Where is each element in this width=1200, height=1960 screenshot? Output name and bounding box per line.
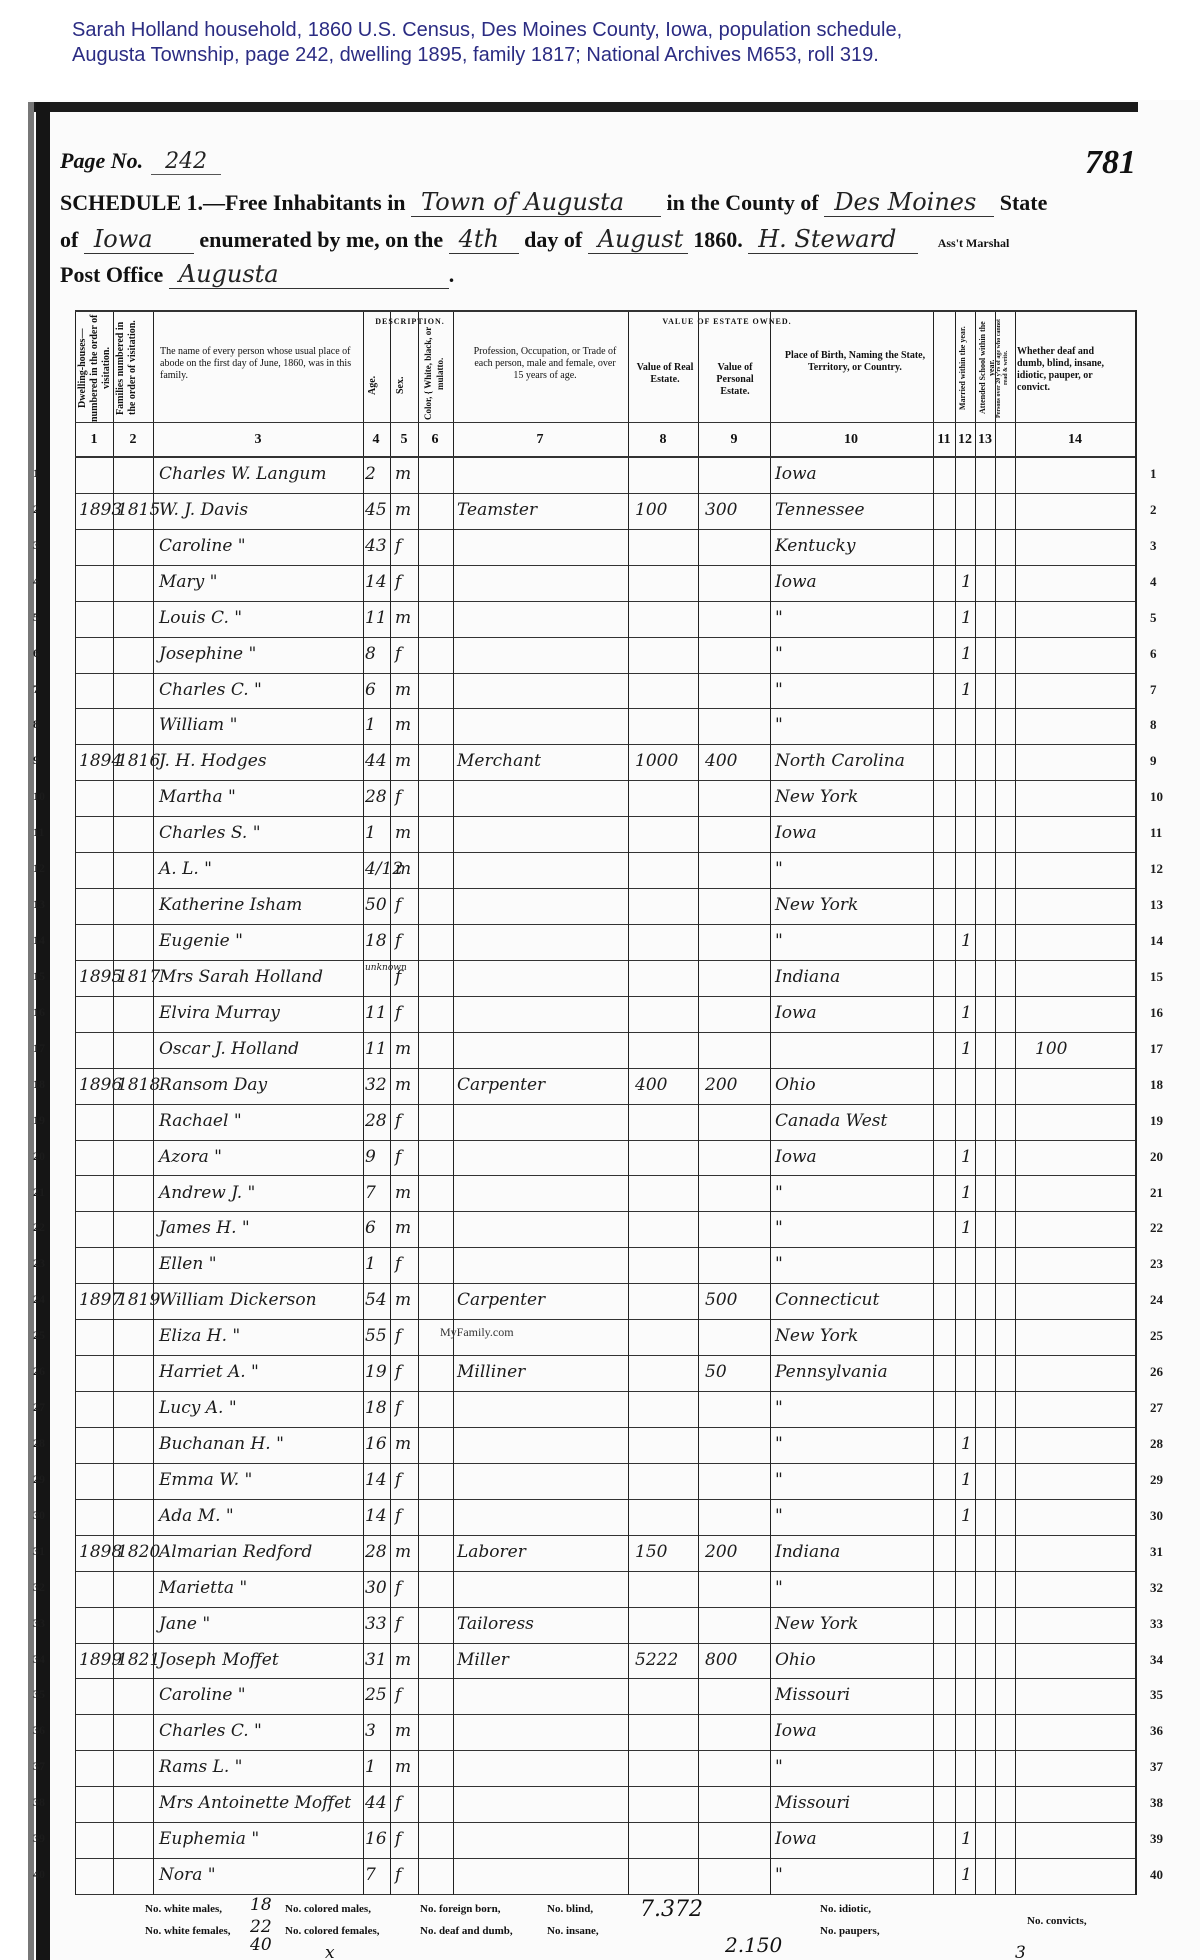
- line-number-right: 3: [1150, 538, 1157, 554]
- line-number-left: 11: [33, 825, 44, 840]
- line-number-left: 9: [33, 753, 39, 768]
- person-name: Caroline ": [159, 1685, 246, 1705]
- occupation: Laborer: [457, 1542, 526, 1562]
- birthplace: Iowa: [775, 1003, 817, 1023]
- line-number-left: 39: [33, 1831, 45, 1846]
- age: 7: [365, 1865, 376, 1885]
- line-number-left: 26: [33, 1364, 45, 1379]
- birthplace: ": [775, 859, 783, 879]
- dwelling-number: 1899: [79, 1650, 122, 1670]
- line-number-right: 22: [1150, 1220, 1163, 1236]
- post-office-line: Post Office Augusta.: [60, 260, 454, 289]
- person-name: Nora ": [159, 1865, 216, 1885]
- line-number-left: 20: [33, 1149, 45, 1164]
- line-number-left: 10: [33, 789, 45, 804]
- state-value: Iowa: [84, 225, 194, 254]
- line-number-right: 12: [1150, 861, 1163, 877]
- person-name: Josephine ": [159, 644, 256, 664]
- birthplace: ": [775, 1757, 783, 1777]
- scan-border-left-outer: [28, 102, 34, 1960]
- table-row: 18971819William Dickerson54mCarpenter500…: [75, 1284, 1135, 1320]
- line-number-left: 40: [33, 1867, 45, 1882]
- column-number: 8: [651, 432, 675, 448]
- column-rule: [418, 310, 419, 1895]
- age: 3: [365, 1721, 376, 1741]
- header-age: Age.: [367, 350, 387, 420]
- person-name: Mrs Sarah Holland: [159, 967, 323, 987]
- line-number-right: 31: [1150, 1544, 1163, 1560]
- sex: m: [395, 1434, 411, 1454]
- age: 6: [365, 680, 376, 700]
- sex: m: [395, 1721, 411, 1741]
- table-row: Harriet A. "19fMilliner50Pennsylvania262…: [75, 1356, 1135, 1392]
- table-row: Charles S. "1mIowa1111: [75, 817, 1135, 853]
- table-row: A. L. "4/12m"1212: [75, 853, 1135, 889]
- school-mark: 1: [961, 1865, 972, 1885]
- occupation: Tailoress: [457, 1614, 534, 1634]
- sex: m: [395, 1218, 411, 1238]
- column-number: 10: [839, 432, 863, 448]
- person-name: Charles C. ": [159, 1721, 262, 1741]
- age: 18: [365, 931, 387, 951]
- table-row: Euphemia "16fIowa13939: [75, 1823, 1135, 1859]
- birthplace: Iowa: [775, 823, 817, 843]
- birthplace: ": [775, 931, 783, 951]
- line-number-right: 17: [1150, 1041, 1163, 1057]
- line-number-left: 14: [33, 933, 45, 948]
- person-name: Emma W. ": [159, 1470, 252, 1490]
- personal-estate-value: 50: [705, 1362, 727, 1382]
- person-name: James H. ": [159, 1218, 250, 1238]
- table-row: Charles C. "3mIowa3636: [75, 1715, 1135, 1751]
- real-estate-value: 400: [635, 1075, 667, 1095]
- school-mark: 1: [961, 1147, 972, 1167]
- table-row: Lucy A. "18f"2727: [75, 1392, 1135, 1428]
- person-name: Buchanan H. ": [159, 1434, 284, 1454]
- birthplace: ": [775, 1398, 783, 1418]
- school-mark: 1: [961, 608, 972, 628]
- line-number-left: 27: [33, 1400, 45, 1415]
- person-name: Katherine Isham: [159, 895, 302, 915]
- sex: f: [395, 1578, 401, 1598]
- line-number-right: 16: [1150, 1005, 1163, 1021]
- line-number-left: 22: [33, 1220, 45, 1235]
- table-row: Martha "28fNew York1010: [75, 781, 1135, 817]
- line-number-left: 15: [33, 969, 45, 984]
- column-rule: [390, 310, 391, 1895]
- scan-border-left: [36, 102, 50, 1960]
- age: 19: [365, 1362, 387, 1382]
- dwelling-number: 1893: [79, 500, 122, 520]
- table-row: Ada M. "14f"13030: [75, 1500, 1135, 1536]
- age: 2: [365, 464, 376, 484]
- birthplace: New York: [775, 1326, 858, 1346]
- line-number-left: 23: [33, 1256, 45, 1271]
- header-rule: [75, 310, 1135, 312]
- school-mark: 1: [961, 572, 972, 592]
- line-number-left: 25: [33, 1328, 45, 1343]
- birthplace: ": [775, 644, 783, 664]
- occupation: Teamster: [457, 500, 537, 520]
- column-number: 4: [364, 432, 388, 448]
- age: 33: [365, 1614, 387, 1634]
- age: 32: [365, 1075, 387, 1095]
- line-number-right: 36: [1150, 1723, 1163, 1739]
- person-name: Mrs Antoinette Moffet: [159, 1793, 351, 1813]
- person-name: W. J. Davis: [159, 500, 248, 520]
- header-married: Married within the year.: [958, 314, 976, 422]
- table-row: Louis C. "11m"155: [75, 602, 1135, 638]
- line-number-right: 27: [1150, 1400, 1163, 1416]
- table-row: Nora "7f"14040: [75, 1859, 1135, 1895]
- birthplace: Kentucky: [775, 536, 855, 556]
- dwelling-number: 1898: [79, 1542, 122, 1562]
- line-number-right: 29: [1150, 1472, 1163, 1488]
- column-rule: [1015, 310, 1016, 1895]
- sex: f: [395, 1470, 401, 1490]
- table-row: Jane "33fTailoressNew York3333: [75, 1608, 1135, 1644]
- person-name: Oscar J. Holland: [159, 1039, 299, 1059]
- column-rule: [453, 310, 454, 1895]
- table-row: Eliza H. "55fNew York2525: [75, 1320, 1135, 1356]
- line-number-right: 18: [1150, 1077, 1163, 1093]
- real-estate-value: 1000: [635, 751, 678, 771]
- birthplace: Iowa: [775, 572, 817, 592]
- census-table: Dwelling-houses—numbered in the order of…: [75, 310, 1135, 1895]
- age: 30: [365, 1578, 387, 1598]
- table-row: Buchanan H. "16m"12828: [75, 1428, 1135, 1464]
- sex: m: [395, 715, 411, 735]
- line-number-right: 20: [1150, 1149, 1163, 1165]
- white-males-count: 18: [250, 1895, 272, 1915]
- age: 43: [365, 536, 387, 556]
- person-name: Martha ": [159, 787, 236, 807]
- birthplace: New York: [775, 787, 858, 807]
- sex: f: [395, 1685, 401, 1705]
- watermark: MyFamily.com: [440, 1325, 514, 1340]
- month-value: August: [588, 225, 688, 254]
- sex: f: [395, 1793, 401, 1813]
- sex: m: [395, 751, 411, 771]
- age: 44: [365, 1793, 387, 1813]
- age: 31: [365, 1650, 387, 1670]
- page-number: Page No.242: [60, 148, 221, 174]
- birthplace: Tennessee: [775, 500, 865, 520]
- person-name: A. L. ": [159, 859, 212, 879]
- birthplace: Connecticut: [775, 1290, 879, 1310]
- personal-estate-value: 200: [705, 1075, 737, 1095]
- table-row: Ellen "1f"2323: [75, 1248, 1135, 1284]
- table-row: Caroline "25fMissouri3535: [75, 1679, 1135, 1715]
- sex: m: [395, 464, 411, 484]
- person-name: Mary ": [159, 572, 218, 592]
- table-row: 18981820Almarian Redford28mLaborer150200…: [75, 1536, 1135, 1572]
- post-office-value: Augusta: [169, 260, 449, 289]
- table-row: Andrew J. "7m"12121: [75, 1177, 1135, 1213]
- table-row: 18931815W. J. Davis45mTeamster100300Tenn…: [75, 494, 1135, 530]
- school-mark: 1: [961, 680, 972, 700]
- line-number-left: 5: [33, 610, 39, 625]
- person-name: Almarian Redford: [159, 1542, 312, 1562]
- age: 1: [365, 715, 376, 735]
- birthplace: Iowa: [775, 464, 817, 484]
- citation-line-2: Augusta Township, page 242, dwelling 189…: [72, 43, 1172, 68]
- sex: m: [395, 1650, 411, 1670]
- line-number-right: 23: [1150, 1256, 1163, 1272]
- sex: f: [395, 1829, 401, 1849]
- sex: f: [395, 1254, 401, 1274]
- page-totals: No. white males, 18 No. white females, 2…: [75, 1895, 1135, 1950]
- birthplace: Iowa: [775, 1721, 817, 1741]
- column-rule: [363, 310, 364, 1895]
- sex: f: [395, 1506, 401, 1526]
- line-number-left: 19: [33, 1113, 45, 1128]
- birthplace: ": [775, 1865, 783, 1885]
- personal-estate-value: 400: [705, 751, 737, 771]
- header-color: Color, { White, black, or mulatto.: [422, 326, 452, 421]
- line-number-right: 7: [1150, 682, 1157, 698]
- white-females-count: 22: [250, 1917, 272, 1937]
- person-name: Rachael ": [159, 1111, 242, 1131]
- line-number-right: 34: [1150, 1652, 1163, 1668]
- school-mark: 1: [961, 1506, 972, 1526]
- header-illiterate: Persons over 20 y'rs of age who cannot r…: [996, 314, 1014, 422]
- occupation: Carpenter: [457, 1290, 545, 1310]
- real-estate-value: 150: [635, 1542, 667, 1562]
- age: 16: [365, 1829, 387, 1849]
- person-name: Caroline ": [159, 536, 246, 556]
- birthplace: Iowa: [775, 1147, 817, 1167]
- line-number-right: 5: [1150, 610, 1157, 626]
- occupation: Merchant: [457, 751, 541, 771]
- person-name: Harriet A. ": [159, 1362, 259, 1382]
- sex: f: [395, 1398, 401, 1418]
- dwelling-number: 1896: [79, 1075, 122, 1095]
- birthplace: Ohio: [775, 1075, 816, 1095]
- line-number-left: 6: [33, 646, 39, 661]
- personal-estate-value: 800: [705, 1650, 737, 1670]
- sex: m: [395, 680, 411, 700]
- person-name: Ransom Day: [159, 1075, 267, 1095]
- age: 44: [365, 751, 387, 771]
- school-mark: 1: [961, 931, 972, 951]
- line-number-right: 35: [1150, 1687, 1163, 1703]
- line-number-left: 28: [33, 1436, 45, 1451]
- sex: m: [395, 859, 411, 879]
- line-number-left: 37: [33, 1759, 45, 1774]
- sex: m: [395, 1290, 411, 1310]
- header-real-estate: Value of Real Estate.: [632, 362, 698, 386]
- person-name: Elvira Murray: [159, 1003, 280, 1023]
- person-name: Louis C. ": [159, 608, 242, 628]
- occupation: Carpenter: [457, 1075, 545, 1095]
- column-rule: [113, 310, 114, 1895]
- table-row: Marietta "30f"3232: [75, 1572, 1135, 1608]
- sex: f: [395, 1003, 401, 1023]
- dwelling-number: 1895: [79, 967, 122, 987]
- table-row: Mrs Antoinette Moffet44fMissouri3838: [75, 1787, 1135, 1823]
- page-number-value: 242: [151, 149, 221, 175]
- person-name: Charles C. ": [159, 680, 262, 700]
- table-row: Charles C. "6m"177: [75, 674, 1135, 710]
- school-mark: 1: [961, 1829, 972, 1849]
- personal-estate-total: 2.150: [725, 1933, 782, 1957]
- personal-estate-value: 200: [705, 1542, 737, 1562]
- table-row: Azora "9fIowa12020: [75, 1141, 1135, 1177]
- person-name: Euphemia ": [159, 1829, 259, 1849]
- sex: f: [395, 787, 401, 807]
- column-number: 6: [423, 432, 447, 448]
- sex: f: [395, 536, 401, 556]
- occupation: Milliner: [457, 1362, 525, 1382]
- line-number-left: 21: [33, 1185, 45, 1200]
- age: 1: [365, 1254, 376, 1274]
- person-name: William Dickerson: [159, 1290, 317, 1310]
- sex: f: [395, 1865, 401, 1885]
- birthplace: Canada West: [775, 1111, 887, 1131]
- birthplace: ": [775, 1470, 783, 1490]
- table-row: Katherine Isham50fNew York1313: [75, 889, 1135, 925]
- header-personal-estate: Value of Personal Estate.: [702, 362, 768, 398]
- age: 16: [365, 1434, 387, 1454]
- person-name: Jane ": [159, 1614, 210, 1634]
- stamped-page-number: 781: [1085, 144, 1136, 182]
- person-name: Eliza H. ": [159, 1326, 240, 1346]
- enumeration-line: of Iowa enumerated by me, on the 4th day…: [60, 225, 1009, 254]
- table-row: 18961818Ransom Day32mCarpenter400200Ohio…: [75, 1069, 1135, 1105]
- line-number-left: 34: [33, 1652, 45, 1667]
- header-school: Attended School within the year.: [978, 314, 996, 422]
- age: 11: [365, 1039, 387, 1059]
- age: 25: [365, 1685, 387, 1705]
- school-mark: 1: [961, 1434, 972, 1454]
- column-rule: [1135, 310, 1137, 1895]
- dwelling-number: 1894: [79, 751, 122, 771]
- age: 8: [365, 644, 376, 664]
- header-birthplace: Place of Birth, Naming the State, Territ…: [780, 350, 930, 374]
- line-number-right: 10: [1150, 789, 1163, 805]
- header-dwelling: Dwelling-houses—numbered in the order of…: [77, 314, 109, 422]
- sex: f: [395, 1362, 401, 1382]
- age: 14: [365, 572, 387, 592]
- header-sex: Sex.: [395, 350, 415, 420]
- line-number-left: 29: [33, 1472, 45, 1487]
- column-number: 1: [82, 432, 106, 448]
- birthplace: Missouri: [775, 1793, 850, 1813]
- sex: m: [395, 1039, 411, 1059]
- column-number: 14: [1063, 432, 1087, 448]
- column-rule: [975, 310, 976, 1895]
- birthplace: Missouri: [775, 1685, 850, 1705]
- header-family: Families numbered in the order of visita…: [115, 314, 147, 422]
- sex: f: [395, 967, 401, 987]
- line-number-right: 25: [1150, 1328, 1163, 1344]
- birthplace: ": [775, 1434, 783, 1454]
- sex: f: [395, 1326, 401, 1346]
- line-number-right: 39: [1150, 1831, 1163, 1847]
- line-number-left: 36: [33, 1723, 45, 1738]
- sex: m: [395, 500, 411, 520]
- place-value: Town of Augusta: [411, 188, 661, 217]
- birthplace: ": [775, 1578, 783, 1598]
- school-mark: 1: [961, 644, 972, 664]
- person-name: Joseph Moffet: [159, 1650, 279, 1670]
- table-row: Caroline "43fKentucky33: [75, 530, 1135, 566]
- birthplace: ": [775, 1506, 783, 1526]
- real-estate-total: 7.372: [640, 1897, 703, 1922]
- table-row: 18991821Joseph Moffet31mMiller5222800Ohi…: [75, 1644, 1135, 1680]
- citation-caption: Sarah Holland household, 1860 U.S. Censu…: [72, 18, 1172, 68]
- column-number: 3: [246, 432, 270, 448]
- personal-estate-value: 500: [705, 1290, 737, 1310]
- scan-border-top: [28, 102, 1138, 112]
- age: 54: [365, 1290, 387, 1310]
- sex: m: [395, 1183, 411, 1203]
- school-mark: 1: [961, 1003, 972, 1023]
- sex: f: [395, 1111, 401, 1131]
- line-number-left: 18: [33, 1077, 45, 1092]
- school-mark: 1: [961, 1039, 972, 1059]
- birthplace: New York: [775, 895, 858, 915]
- person-name: Marietta ": [159, 1578, 247, 1598]
- line-number-left: 4: [33, 574, 39, 589]
- column-number: 2: [121, 432, 145, 448]
- sex: m: [395, 608, 411, 628]
- age: 28: [365, 1542, 387, 1562]
- line-number-left: 24: [33, 1292, 45, 1307]
- sex: m: [395, 1075, 411, 1095]
- line-number-right: 32: [1150, 1580, 1163, 1596]
- school-mark: 1: [961, 1470, 972, 1490]
- header-name: The name of every person whose usual pla…: [160, 346, 355, 382]
- school-mark: 1: [961, 1218, 972, 1238]
- table-row: Oscar J. Holland11m11001717: [75, 1033, 1135, 1069]
- sex: f: [395, 1614, 401, 1634]
- age: 7: [365, 1183, 376, 1203]
- county-value: Des Moines: [824, 188, 994, 217]
- sex: m: [395, 823, 411, 843]
- birthplace: ": [775, 1218, 783, 1238]
- sex: m: [395, 1757, 411, 1777]
- footer-mark-right: 3: [1015, 1943, 1026, 1960]
- schedule-line: SCHEDULE 1.—Free Inhabitants in Town of …: [60, 188, 1047, 217]
- person-name: Eugenie ": [159, 931, 243, 951]
- line-number-right: 19: [1150, 1113, 1163, 1129]
- header-rule: [75, 456, 1135, 458]
- table-row: William "1m"88: [75, 709, 1135, 745]
- table-row: Charles W. Langum2mIowa11: [75, 458, 1135, 494]
- birthplace: ": [775, 1183, 783, 1203]
- line-number-right: 6: [1150, 646, 1157, 662]
- birthplace: ": [775, 1254, 783, 1274]
- line-number-left: 33: [33, 1616, 45, 1631]
- age: 28: [365, 1111, 387, 1131]
- line-number-right: 9: [1150, 753, 1157, 769]
- line-number-left: 16: [33, 1005, 45, 1020]
- person-name: William ": [159, 715, 237, 735]
- header-estate: VALUE OF ESTATE OWNED.: [632, 316, 822, 328]
- table-row: Emma W. "14f"12929: [75, 1464, 1135, 1500]
- line-number-right: 40: [1150, 1867, 1163, 1883]
- age: 55: [365, 1326, 387, 1346]
- real-estate-value: 5222: [635, 1650, 678, 1670]
- marshal-signature: H. Steward: [748, 225, 918, 254]
- line-number-left: 2: [33, 502, 39, 517]
- line-number-left: 35: [33, 1687, 45, 1702]
- sex: m: [395, 1542, 411, 1562]
- line-number-right: 28: [1150, 1436, 1163, 1452]
- column-rule: [698, 310, 699, 1895]
